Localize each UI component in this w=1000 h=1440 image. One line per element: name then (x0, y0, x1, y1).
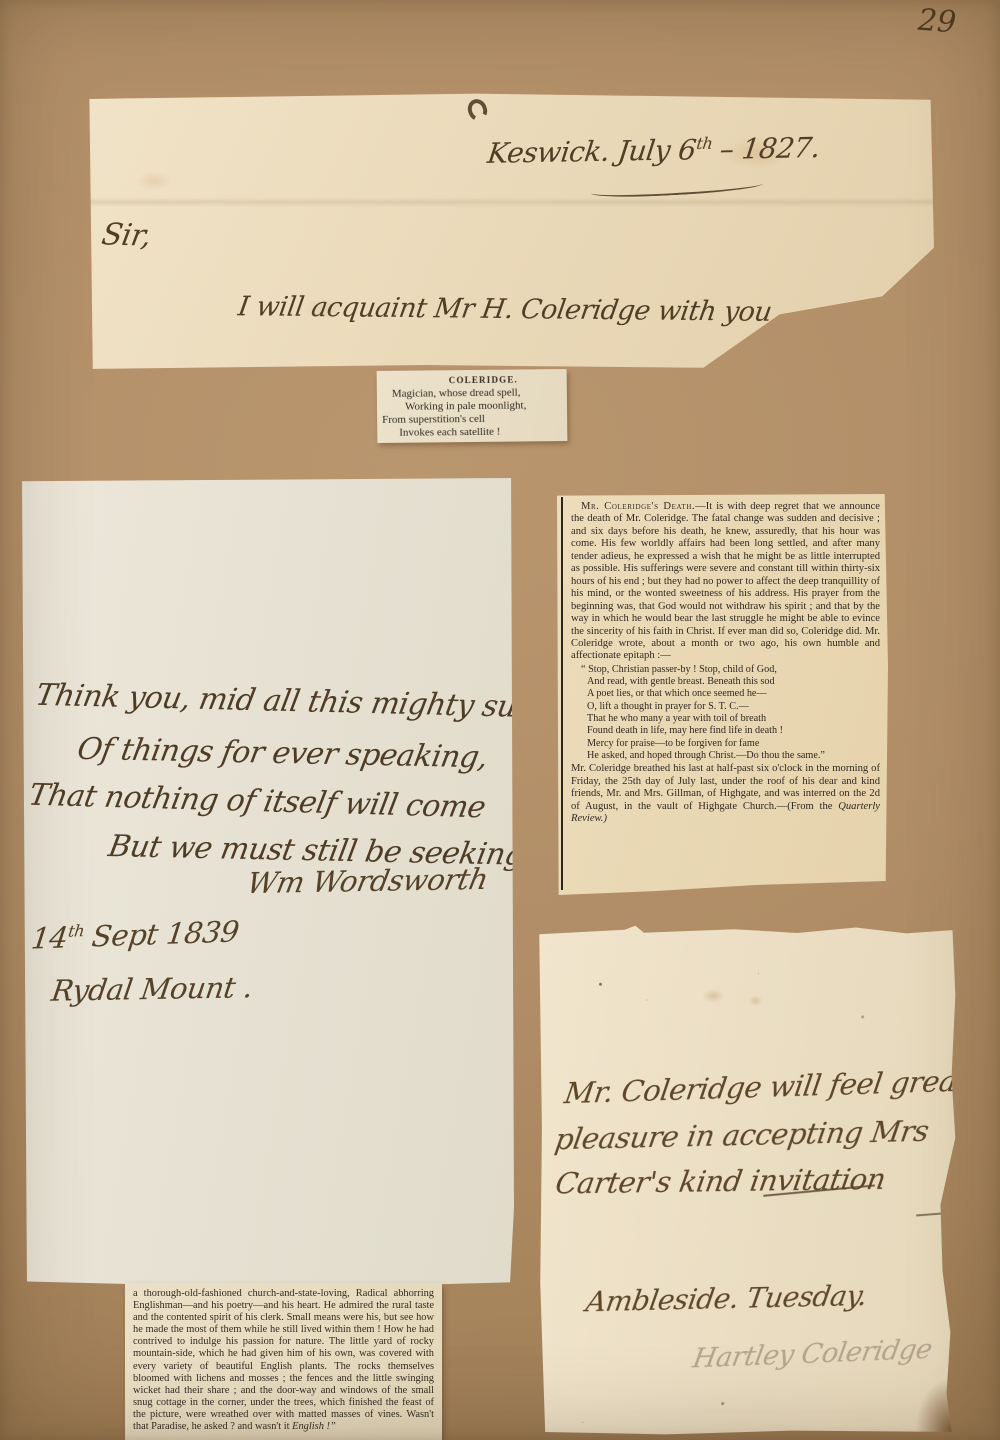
ink-dash (916, 1212, 954, 1217)
english-clipping-text: a thorough-old-fashioned church-and-stat… (133, 1288, 434, 1432)
clipping-verse: COLERIDGE. Magician, whose dread spell, … (377, 369, 568, 443)
letter-keswick-salutation: Sir, (99, 217, 154, 254)
english-clipping-italic: English !” (292, 1421, 336, 1432)
clipping-english-paradise: a thorough-old-fashioned church-and-stat… (125, 1283, 442, 1440)
paper-clip-icon (465, 96, 490, 123)
dateline-year: – 1827. (710, 131, 822, 166)
letter-keswick-dateline: Keswick. July 6th – 1827. (486, 131, 822, 170)
death-closing-text: Mr. Coleridge breathed his last at half-… (571, 763, 880, 811)
death-paragraph-text: —It is with deep regret that we announce… (571, 501, 880, 661)
dateline-place: Keswick. July 6 (486, 133, 698, 170)
wordsworth-date: 14th Sept 1839 (29, 914, 240, 955)
wordsworth-verse-line: Of things for ever speaking, (75, 732, 491, 776)
hartley-pencil-signature: Hartley Coleridge (690, 1334, 934, 1375)
clipping-verse-title: COLERIDGE. (449, 373, 567, 387)
hartley-note-line: Carter's kind invitation (553, 1162, 888, 1201)
date-rest: Sept 1839 (81, 914, 240, 953)
epitaph-line: He asked, and hoped through Christ.—Do t… (581, 750, 880, 762)
death-paragraph: Mr. Coleridge's Death.—It is with deep r… (571, 501, 880, 663)
epitaph-line: Found death in life, may here find life … (581, 725, 880, 737)
epitaph-line: A poet lies, or that which once seemed h… (581, 688, 880, 700)
wordsworth-verse-line: Think you, mid all this mighty sum (33, 678, 547, 725)
letter-wordsworth: Think you, mid all this mighty sum Of th… (22, 478, 514, 1288)
clipping-verse-line: Invokes each satellite ! (399, 425, 567, 440)
wordsworth-place: Rydal Mount . (49, 970, 254, 1007)
epitaph-line: That he who many a year with toil of bre… (581, 713, 880, 725)
wordsworth-signature: Wm Wordsworth (244, 862, 491, 900)
clipping-coleridge-death: Mr. Coleridge's Death.—It is with deep r… (557, 494, 888, 895)
epitaph-line: And read, with gentle breast. Beneath th… (581, 676, 880, 688)
hartley-note-line: Mr. Coleridge will feel great (562, 1064, 970, 1111)
english-clipping-paragraph: a thorough-old-fashioned church-and-stat… (133, 1288, 434, 1433)
note-hartley-coleridge: Mr. Coleridge will feel great pleasure i… (537, 923, 960, 1437)
hartley-note-line: pleasure in accepting Mrs (553, 1114, 931, 1156)
corner-stain (916, 1379, 962, 1439)
death-closing-paragraph: Mr. Coleridge breathed his last at half-… (571, 763, 880, 825)
epitaph-line: “ Stop, Christian passer-by ! Stop, chil… (581, 664, 880, 676)
epitaph-line: Mercy for praise—to be forgiven for fame (581, 738, 880, 750)
death-heading: Mr. Coleridge's Death. (581, 501, 695, 512)
epitaph-line: O, lift a thought in prayer for S. T. C.… (581, 701, 880, 713)
hartley-note-place-date: Ambleside. Tuesday. (584, 1279, 869, 1318)
date-day: 14 (29, 920, 69, 955)
ink-flourish-underline (591, 180, 763, 200)
foxing-specks (599, 983, 602, 986)
wordsworth-verse-line: That nothing of itself will come (26, 778, 488, 826)
album-page: 29 Keswick. July 6th – 1827. Sir, I will… (0, 0, 1000, 1440)
letter-keswick-body: I will acquaint Mr H. Coleridge with you (236, 291, 774, 328)
letter-keswick: Keswick. July 6th – 1827. Sir, I will ac… (86, 92, 934, 370)
death-epitaph: “ Stop, Christian passer-by ! Stop, chil… (581, 664, 880, 762)
page-number: 29 (917, 3, 958, 41)
